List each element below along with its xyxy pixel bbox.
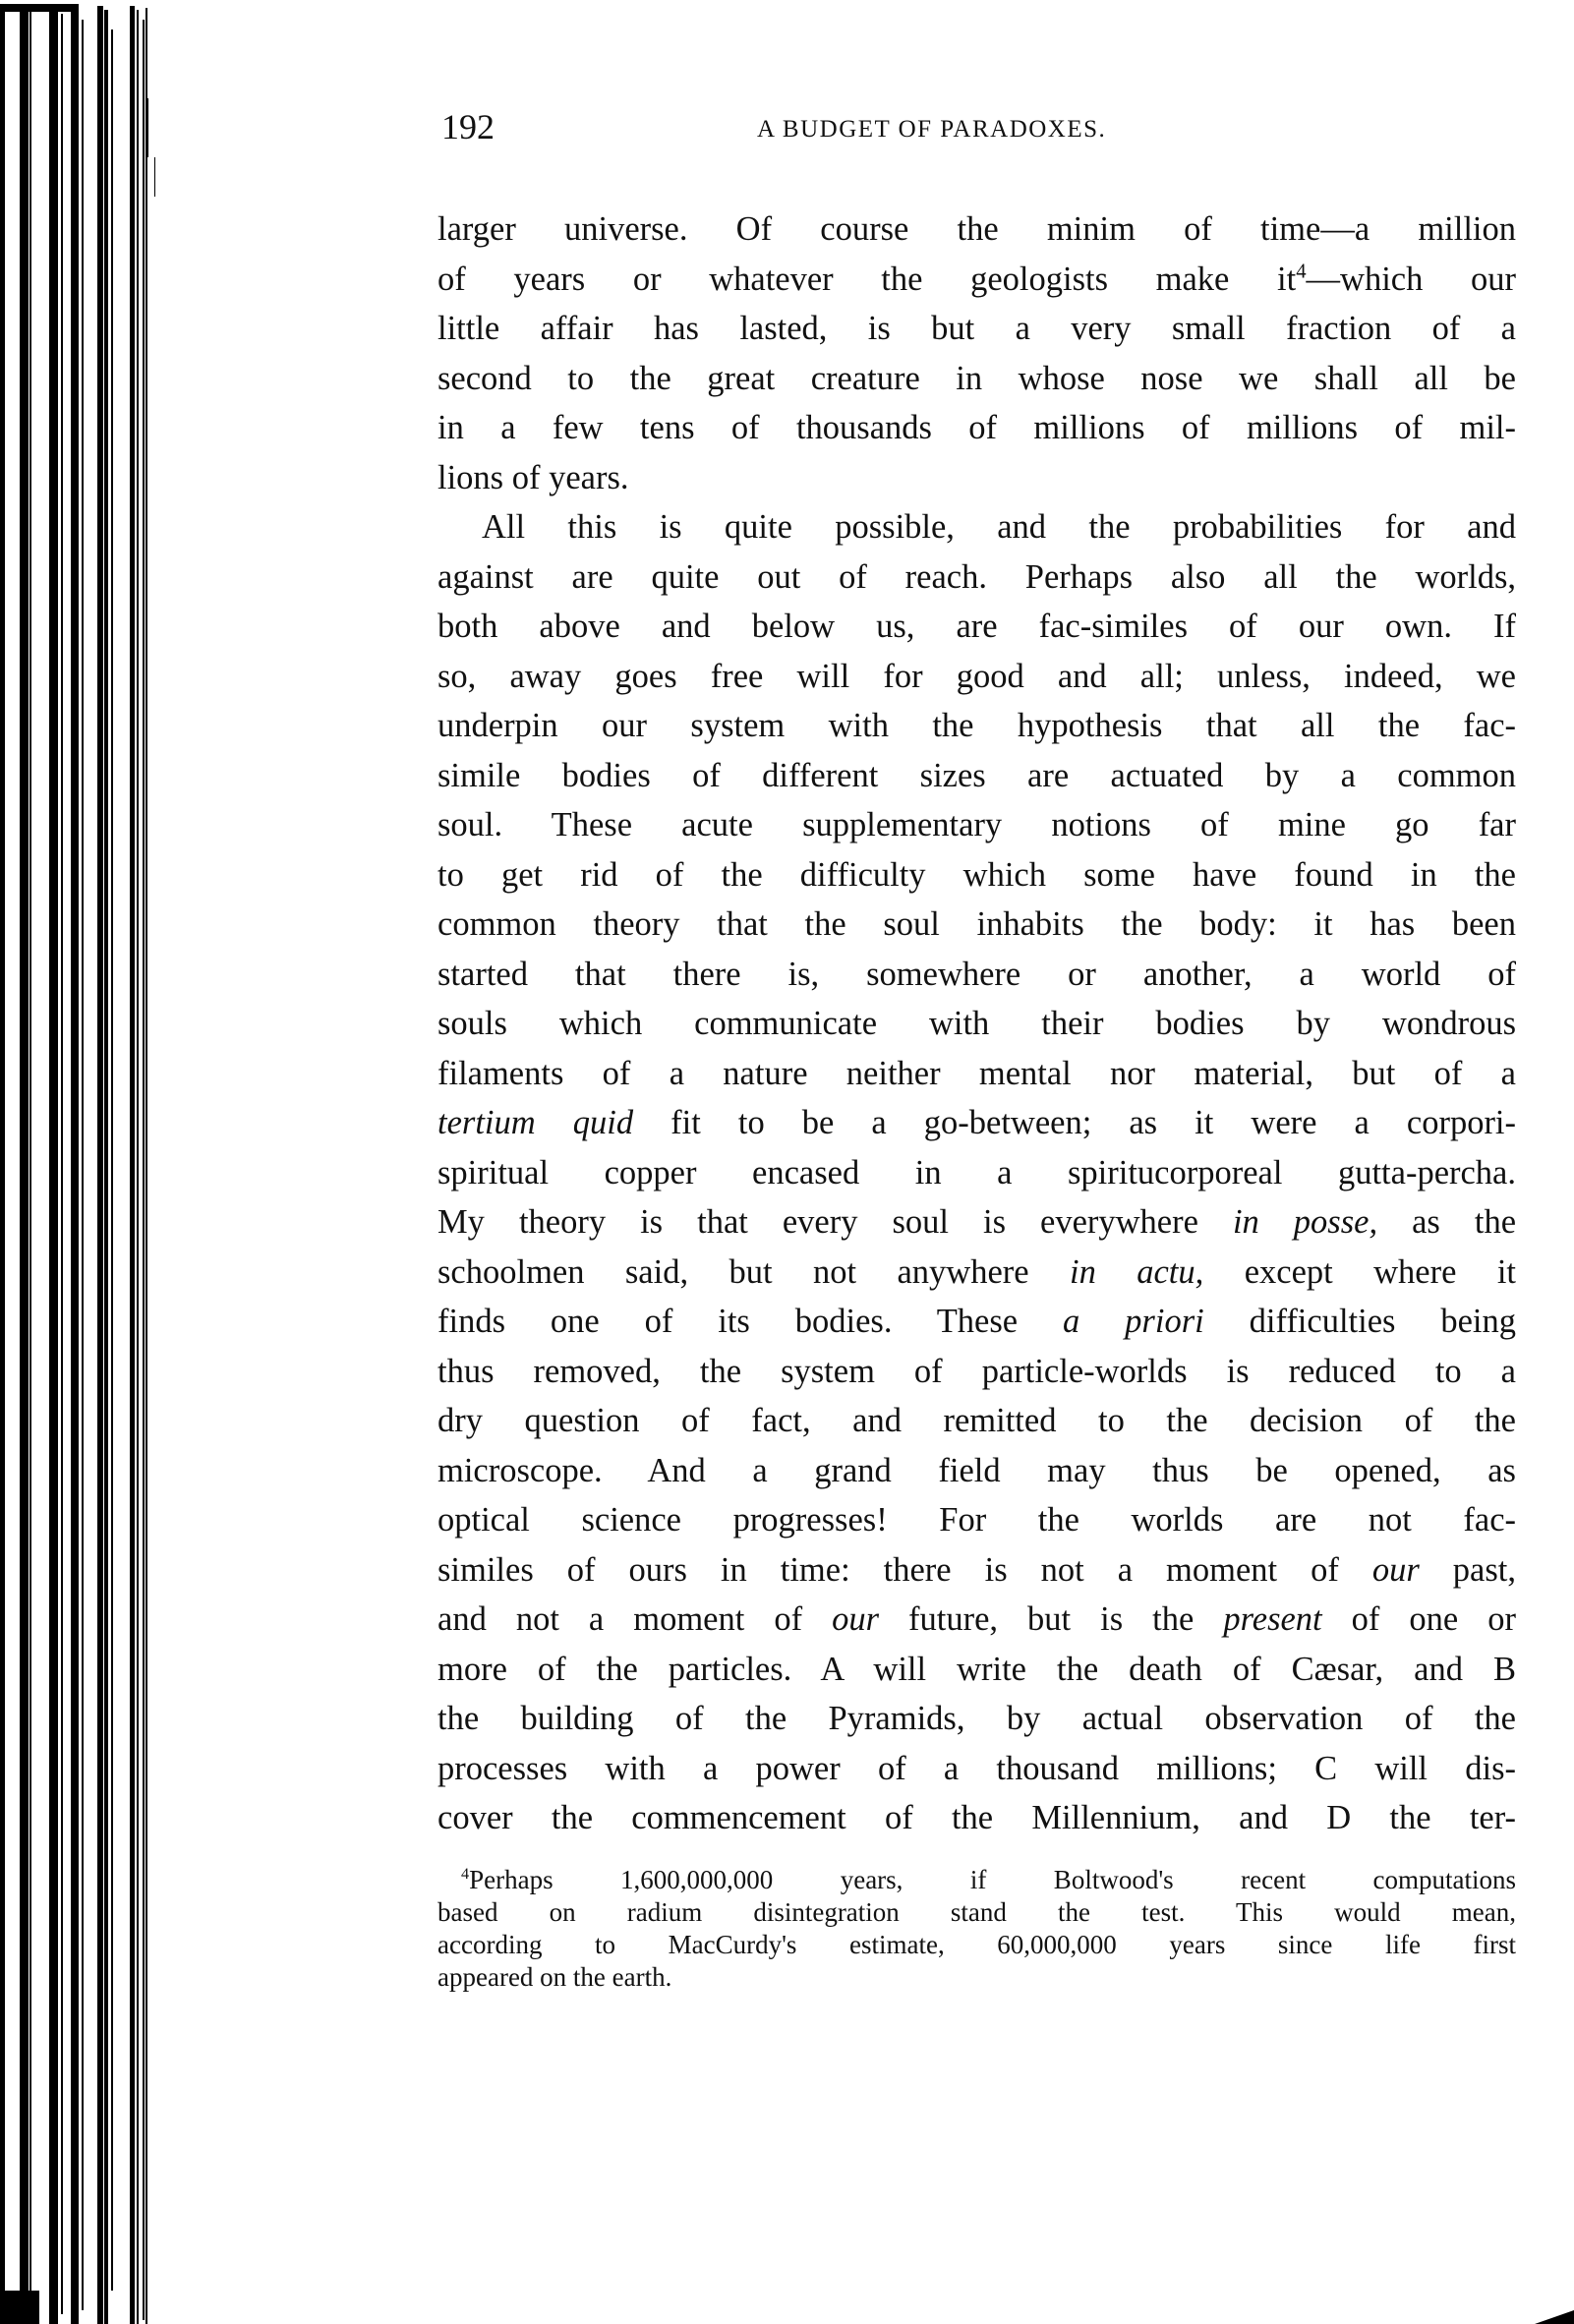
text-line: second to the great creature in whose no… bbox=[437, 354, 1516, 404]
footnote-line: 4Perhaps 1,600,000,000 years, if Boltwoo… bbox=[437, 1864, 1516, 1896]
footnote-line: according to MacCurdy's estimate, 60,000… bbox=[437, 1929, 1516, 1961]
body-text: larger universe. Of course the minim of … bbox=[437, 204, 1516, 1843]
text-line: simile bodies of different sizes are act… bbox=[437, 751, 1516, 801]
footnote-line: based on radium disintegration stand the… bbox=[437, 1896, 1516, 1929]
text-line: more of the particles. A will write the … bbox=[437, 1645, 1516, 1695]
text-line: cover the commencement of the Millennium… bbox=[437, 1793, 1516, 1843]
text-line: My theory is that every soul is everywhe… bbox=[437, 1197, 1516, 1248]
text-line: underpin our system with the hypothesis … bbox=[437, 701, 1516, 751]
text-line: similes of ours in time: there is not a … bbox=[437, 1545, 1516, 1596]
text-line: the building of the Pyramids, by actual … bbox=[437, 1694, 1516, 1744]
text-line: microscope. And a grand field may thus b… bbox=[437, 1446, 1516, 1496]
text-line: schoolmen said, but not anywhere in actu… bbox=[437, 1248, 1516, 1298]
running-title: A BUDGET OF PARADOXES. bbox=[757, 116, 1106, 144]
text-line: in a few tens of thousands of millions o… bbox=[437, 403, 1516, 453]
footnote: 4Perhaps 1,600,000,000 years, if Boltwoo… bbox=[437, 1864, 1516, 1994]
text-line: and not a moment of our future, but is t… bbox=[437, 1595, 1516, 1645]
text-line: processes with a power of a thousand mil… bbox=[437, 1744, 1516, 1794]
text-line: tertium quid fit to be a go-between; as … bbox=[437, 1098, 1516, 1148]
text-line: thus removed, the system of particle-wor… bbox=[437, 1347, 1516, 1397]
text-line: spiritual copper encased in a spiritucor… bbox=[437, 1148, 1516, 1198]
text-line: to get rid of the difficulty which some … bbox=[437, 850, 1516, 901]
footnote-line: appeared on the earth. bbox=[437, 1961, 1516, 1994]
text-line: souls which communicate with their bodie… bbox=[437, 999, 1516, 1049]
page-corner-mark bbox=[1535, 2310, 1574, 2324]
page-number: 192 bbox=[441, 106, 495, 147]
text-line: larger universe. Of course the minim of … bbox=[437, 204, 1516, 255]
page-edge-stripes bbox=[0, 0, 206, 2324]
text-line: filaments of a nature neither mental nor… bbox=[437, 1049, 1516, 1099]
text-line: little affair has lasted, is but a very … bbox=[437, 304, 1516, 354]
text-line: optical science progresses! For the worl… bbox=[437, 1495, 1516, 1545]
text-line: started that there is, somewhere or anot… bbox=[437, 950, 1516, 1000]
text-line: so, away goes free will for good and all… bbox=[437, 652, 1516, 702]
text-line: both above and below us, are fac-similes… bbox=[437, 602, 1516, 652]
text-line: lions of years. bbox=[437, 453, 1516, 503]
text-line: finds one of its bodies. These a priori … bbox=[437, 1297, 1516, 1347]
text-line: soul. These acute supplementary notions … bbox=[437, 800, 1516, 850]
text-line: dry question of fact, and remitted to th… bbox=[437, 1396, 1516, 1446]
text-line: common theory that the soul inhabits the… bbox=[437, 900, 1516, 950]
text-line: All this is quite possible, and the prob… bbox=[437, 502, 1516, 552]
text-line: of years or whatever the geologists make… bbox=[437, 255, 1516, 305]
text-line: against are quite out of reach. Perhaps … bbox=[437, 552, 1516, 603]
